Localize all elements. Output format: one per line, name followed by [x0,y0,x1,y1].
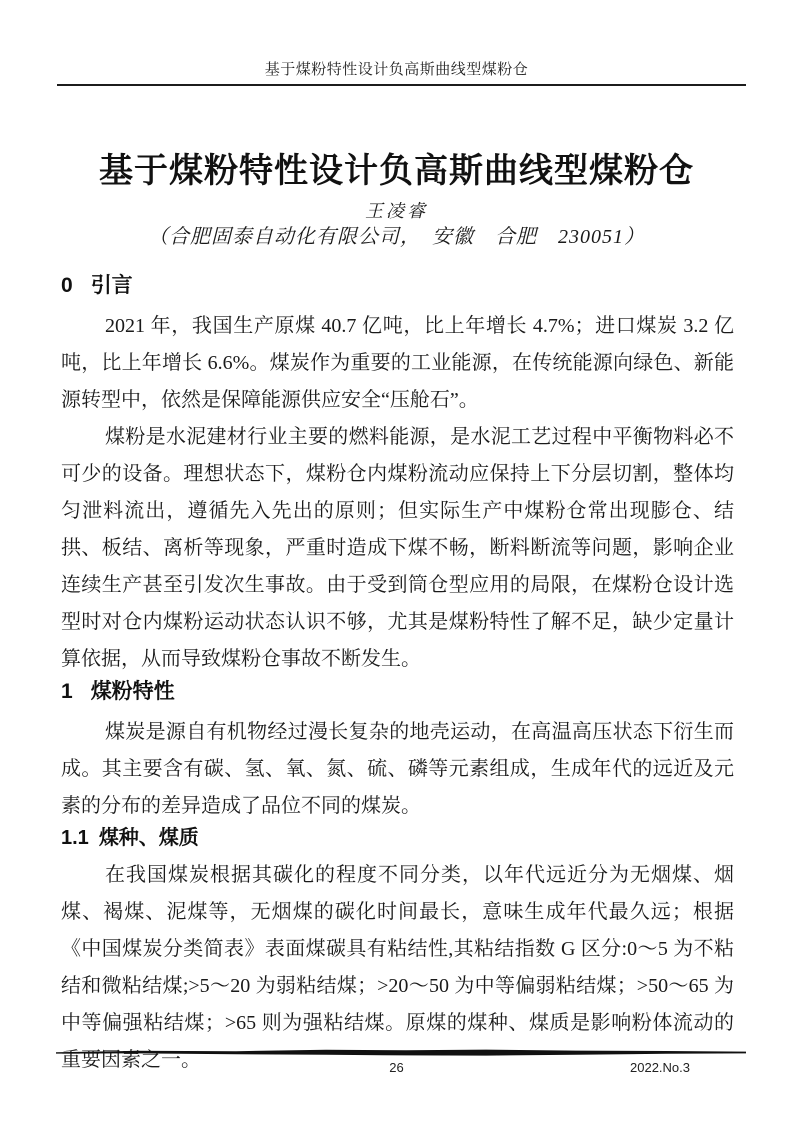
section-heading-label: 煤粉特性 [91,680,175,703]
author-affiliation: （合肥固泰自动化有限公司， 安徽 合肥 230051） [0,220,793,249]
article-body: 0引言 2021 年，我国生产原煤 40.7 亿吨，比上年增长 4.7%；进口煤… [61,272,734,1079]
page-title: 基于煤粉特性设计负高斯曲线型煤粉仓 [0,151,793,191]
paper-page: 基于煤粉特性设计负高斯曲线型煤粉仓 基于煤粉特性设计负高斯曲线型煤粉仓 王凌睿 … [0,0,793,1122]
paragraph: 2021 年，我国生产原煤 40.7 亿吨，比上年增长 4.7%；进口煤炭 3.… [61,308,734,419]
section-heading-0: 0引言 [61,272,734,300]
header-rule [57,84,746,86]
running-head: 基于煤粉特性设计负高斯曲线型煤粉仓 [0,58,793,79]
section-number: 0 [61,274,73,297]
subsection-heading-label: 煤种、煤质 [99,827,199,849]
paragraph: 在我国煤炭根据其碳化的程度不同分类，以年代远近分为无烟煤、烟煤、褐煤、泥煤等，无… [61,857,734,1079]
paragraph: 煤粉是水泥建材行业主要的燃料能源，是水泥工艺过程中平衡物料必不可少的设备。理想状… [61,419,734,678]
section-heading-label: 引言 [91,274,133,297]
section-number: 1 [61,680,73,703]
footer-rule [56,1048,746,1057]
subsection-heading-1-1: 1.1煤种、煤质 [61,825,734,851]
section-heading-1: 1煤粉特性 [61,678,734,706]
paragraph: 煤炭是源自有机物经过漫长复杂的地壳运动，在高温高压状态下衍生而成。其主要含有碳、… [61,714,734,825]
issue-label: 2022.No.3 [630,1060,690,1075]
subsection-number: 1.1 [61,827,89,849]
